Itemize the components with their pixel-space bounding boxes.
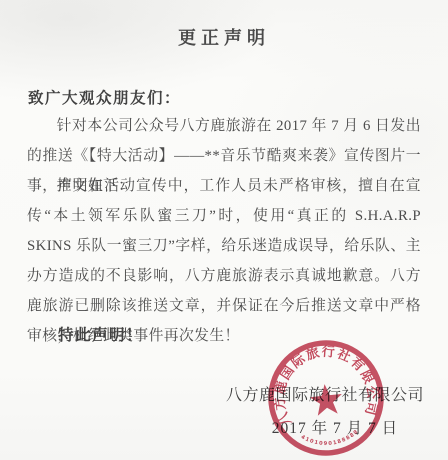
seal-star-icon: [308, 382, 343, 416]
seal-ring-text: 八方鹿国际旅行社有限公司: [267, 338, 383, 429]
document-title: 更正声明: [0, 24, 448, 50]
company-seal-stamp: 八方鹿国际旅行社有限公司 4101090188888: [260, 332, 392, 460]
salutation: 致广大观众朋友们：: [28, 86, 181, 108]
closing-statement: 特此声明！: [27, 323, 143, 345]
correction-statement-document: 更正声明 致广大观众朋友们： 针对本公司公众号八方鹿旅游在 2017 年 7 月…: [0, 0, 448, 460]
